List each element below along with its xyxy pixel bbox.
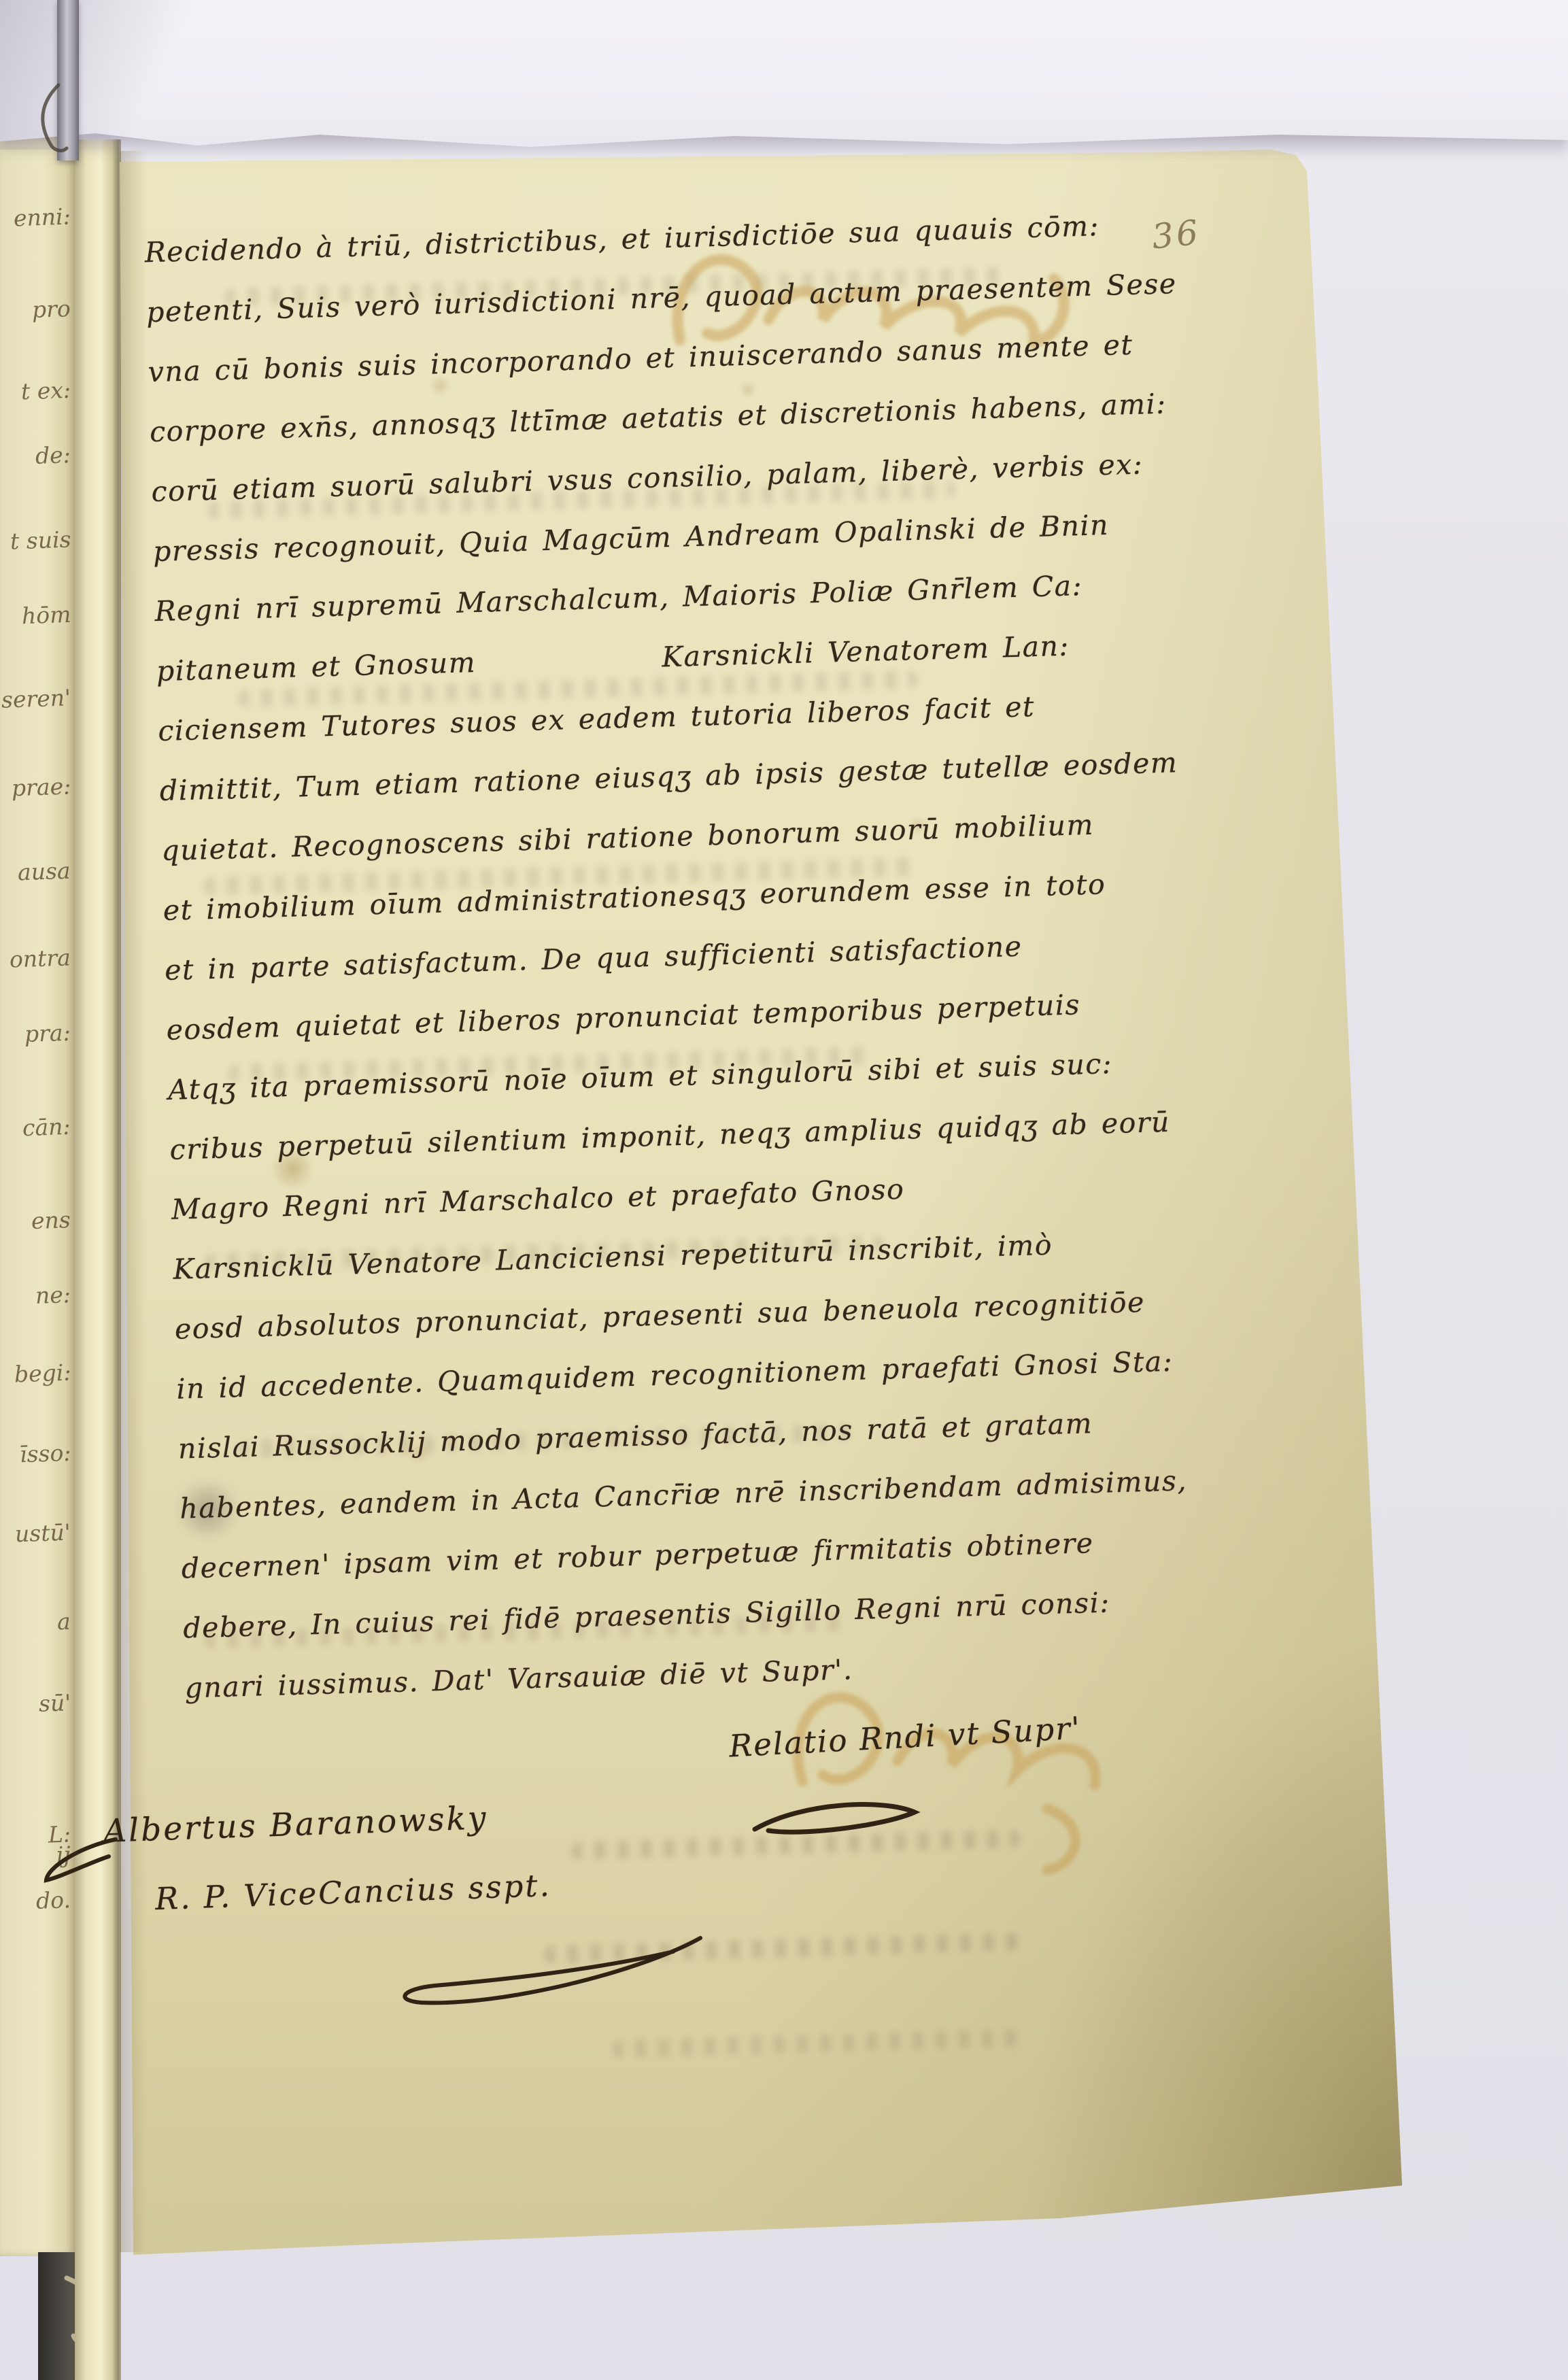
margin-fragment: pro: [32, 295, 71, 323]
margin-fragment: cān:: [22, 1113, 71, 1141]
margin-fragment: ustū': [15, 1519, 71, 1548]
manuscript-scan: enni: pro t ex: de: t suis hōm seren' pr…: [0, 0, 1568, 2380]
manuscript-text: Recidendo à triū, districtibus, et iuris…: [144, 194, 1206, 1718]
margin-fragment: ontra: [10, 944, 71, 972]
margin-fragment: prae:: [11, 772, 71, 801]
margin-fragment: īsso:: [19, 1440, 71, 1468]
signature-swash: [41, 1829, 122, 1893]
relatio-flourish: [748, 1788, 925, 1846]
margin-fragment: ens: [31, 1206, 71, 1234]
binding-thread-top: [31, 82, 72, 156]
margin-fragment: de:: [35, 441, 71, 469]
facing-page-strip: enni: pro t ex: de: t suis hōm seren' pr…: [0, 135, 76, 2256]
margin-fragment: ne:: [35, 1281, 71, 1309]
margin-fragment: ausa: [18, 857, 71, 886]
binding-gutter: [75, 139, 121, 2380]
margin-fragment: pra:: [24, 1019, 71, 1047]
margin-fragment: t suis: [10, 526, 71, 554]
margin-fragment: enni:: [14, 203, 71, 232]
gutter-shadow: [120, 151, 147, 2252]
margin-fragment: a: [57, 1608, 71, 1635]
margin-fragment: sū': [38, 1689, 71, 1717]
signature-flourish: [381, 1931, 707, 2029]
margin-fragment: hōm: [21, 601, 71, 630]
margin-fragment: begi:: [14, 1359, 71, 1388]
margin-fragment: t ex:: [20, 377, 71, 405]
margin-fragment: seren': [1, 684, 71, 713]
